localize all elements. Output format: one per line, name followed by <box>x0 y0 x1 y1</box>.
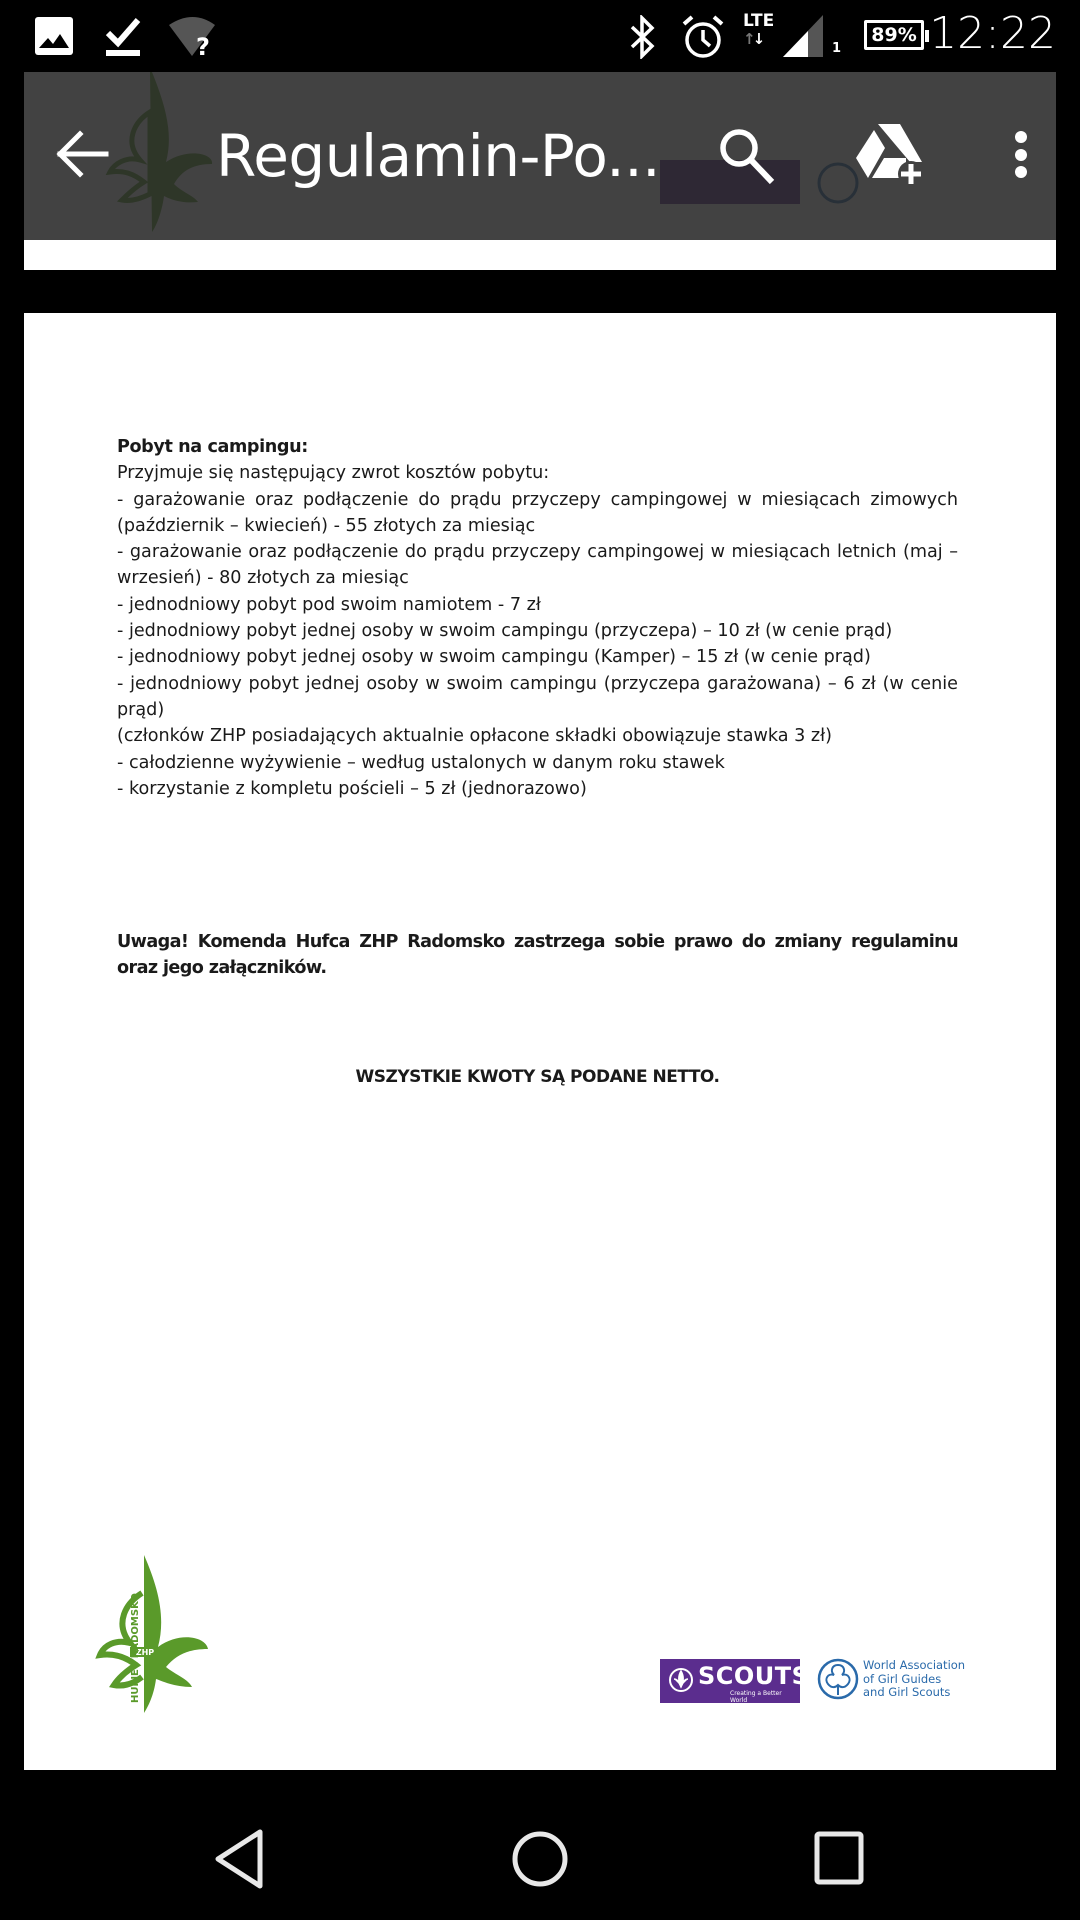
document-page: Pobyt na campingu: Przyjmuje się następu… <box>24 313 1056 1770</box>
bluetooth-icon <box>628 15 658 64</box>
price-list: - garażowanie oraz podłączenie do prądu … <box>117 487 958 803</box>
scouts-name: SCOUTS <box>698 1662 809 1690</box>
download-complete-icon <box>105 15 141 62</box>
svg-text:?: ? <box>196 33 210 57</box>
data-activity-icon: ↑↓ <box>743 30 774 48</box>
lte-data-icon: LTE ↑↓ <box>743 12 774 48</box>
price-list-item: - jednodniowy pobyt jednej osoby w swoim… <box>117 618 958 644</box>
sim-slot-label: 1 <box>832 41 841 56</box>
price-list-item: - całodzienne wyżywienie – według ustalo… <box>117 750 958 776</box>
warning-note: Uwaga! Komenda Hufca ZHP Radomsko zastrz… <box>117 929 958 982</box>
trefoil-icon <box>816 1657 860 1701</box>
arrow-left-icon <box>52 124 112 184</box>
search-button[interactable] <box>714 124 784 194</box>
price-list-item: - garażowanie oraz podłączenie do prądu … <box>117 539 958 592</box>
more-vert-icon <box>1006 130 1036 186</box>
intro-text: Przyjmuje się następujący zwrot kosztów … <box>117 460 958 486</box>
scouts-tagline: Creating a Better World <box>730 1690 800 1704</box>
wifi-unknown-icon: ? <box>167 15 219 62</box>
zhp-radomsko-logo: ZHP HUFIEC RADOMSKO <box>84 1553 214 1718</box>
section-heading: Pobyt na campingu: <box>117 434 958 460</box>
wagggs-line-1: World Association <box>863 1659 983 1673</box>
fleur-de-lis-icon <box>668 1667 694 1695</box>
more-options-button[interactable] <box>1006 130 1036 186</box>
back-button[interactable] <box>52 124 112 184</box>
clock: 12:22 <box>929 8 1056 59</box>
navigation-bar <box>0 1770 1080 1920</box>
back-triangle-icon <box>212 1828 272 1890</box>
battery-indicator: 89% <box>864 20 924 50</box>
app-bar: Regulamin-Po... <box>24 72 1056 240</box>
price-list-item: - jednodniowy pobyt pod swoim namiotem -… <box>117 592 958 618</box>
network-type-label: LTE <box>743 11 774 31</box>
price-list-item: - korzystanie z kompletu pościeli – 5 zł… <box>117 776 958 802</box>
price-list-item: - jednodniowy pobyt jednej osoby w swoim… <box>117 644 958 670</box>
wagggs-name: World Association of Girl Guides and Gir… <box>863 1659 983 1700</box>
battery-level: 89% <box>871 24 916 46</box>
search-icon <box>714 124 784 194</box>
zhp-logo-text: HUFIEC RADOMSKO <box>130 1593 141 1703</box>
cell-signal-icon <box>783 15 833 64</box>
price-list-item: (członków ZHP posiadających aktualnie op… <box>117 723 958 749</box>
wagggs-logo: World Association of Girl Guides and Gir… <box>816 1657 860 1706</box>
add-to-drive-icon <box>854 124 924 194</box>
price-list-item: - jednodniowy pobyt jednej osoby w swoim… <box>117 671 958 724</box>
add-to-drive-button[interactable] <box>854 124 924 194</box>
home-circle-icon <box>510 1828 570 1890</box>
document-title: Regulamin-Po... <box>216 122 660 190</box>
document-body: Pobyt na campingu: Przyjmuje się następu… <box>117 434 958 802</box>
netto-note: WSZYSTKIE KWOTY SĄ PODANE NETTO. <box>117 1064 958 1090</box>
status-bar: ? LTE ↑↓ 1 89% 12:22 <box>0 0 1080 72</box>
image-notification-icon <box>35 17 73 60</box>
recents-square-icon <box>812 1828 868 1890</box>
scouts-logo: SCOUTS Creating a Better World <box>660 1659 800 1703</box>
price-list-item: - garażowanie oraz podłączenie do prądu … <box>117 487 958 540</box>
nav-back-button[interactable] <box>212 1828 272 1895</box>
nav-recents-button[interactable] <box>812 1828 868 1895</box>
wagggs-line-2: of Girl Guides <box>863 1673 983 1687</box>
alarm-icon <box>680 14 726 65</box>
nav-home-button[interactable] <box>510 1828 570 1895</box>
wagggs-line-3: and Girl Scouts <box>863 1686 983 1700</box>
